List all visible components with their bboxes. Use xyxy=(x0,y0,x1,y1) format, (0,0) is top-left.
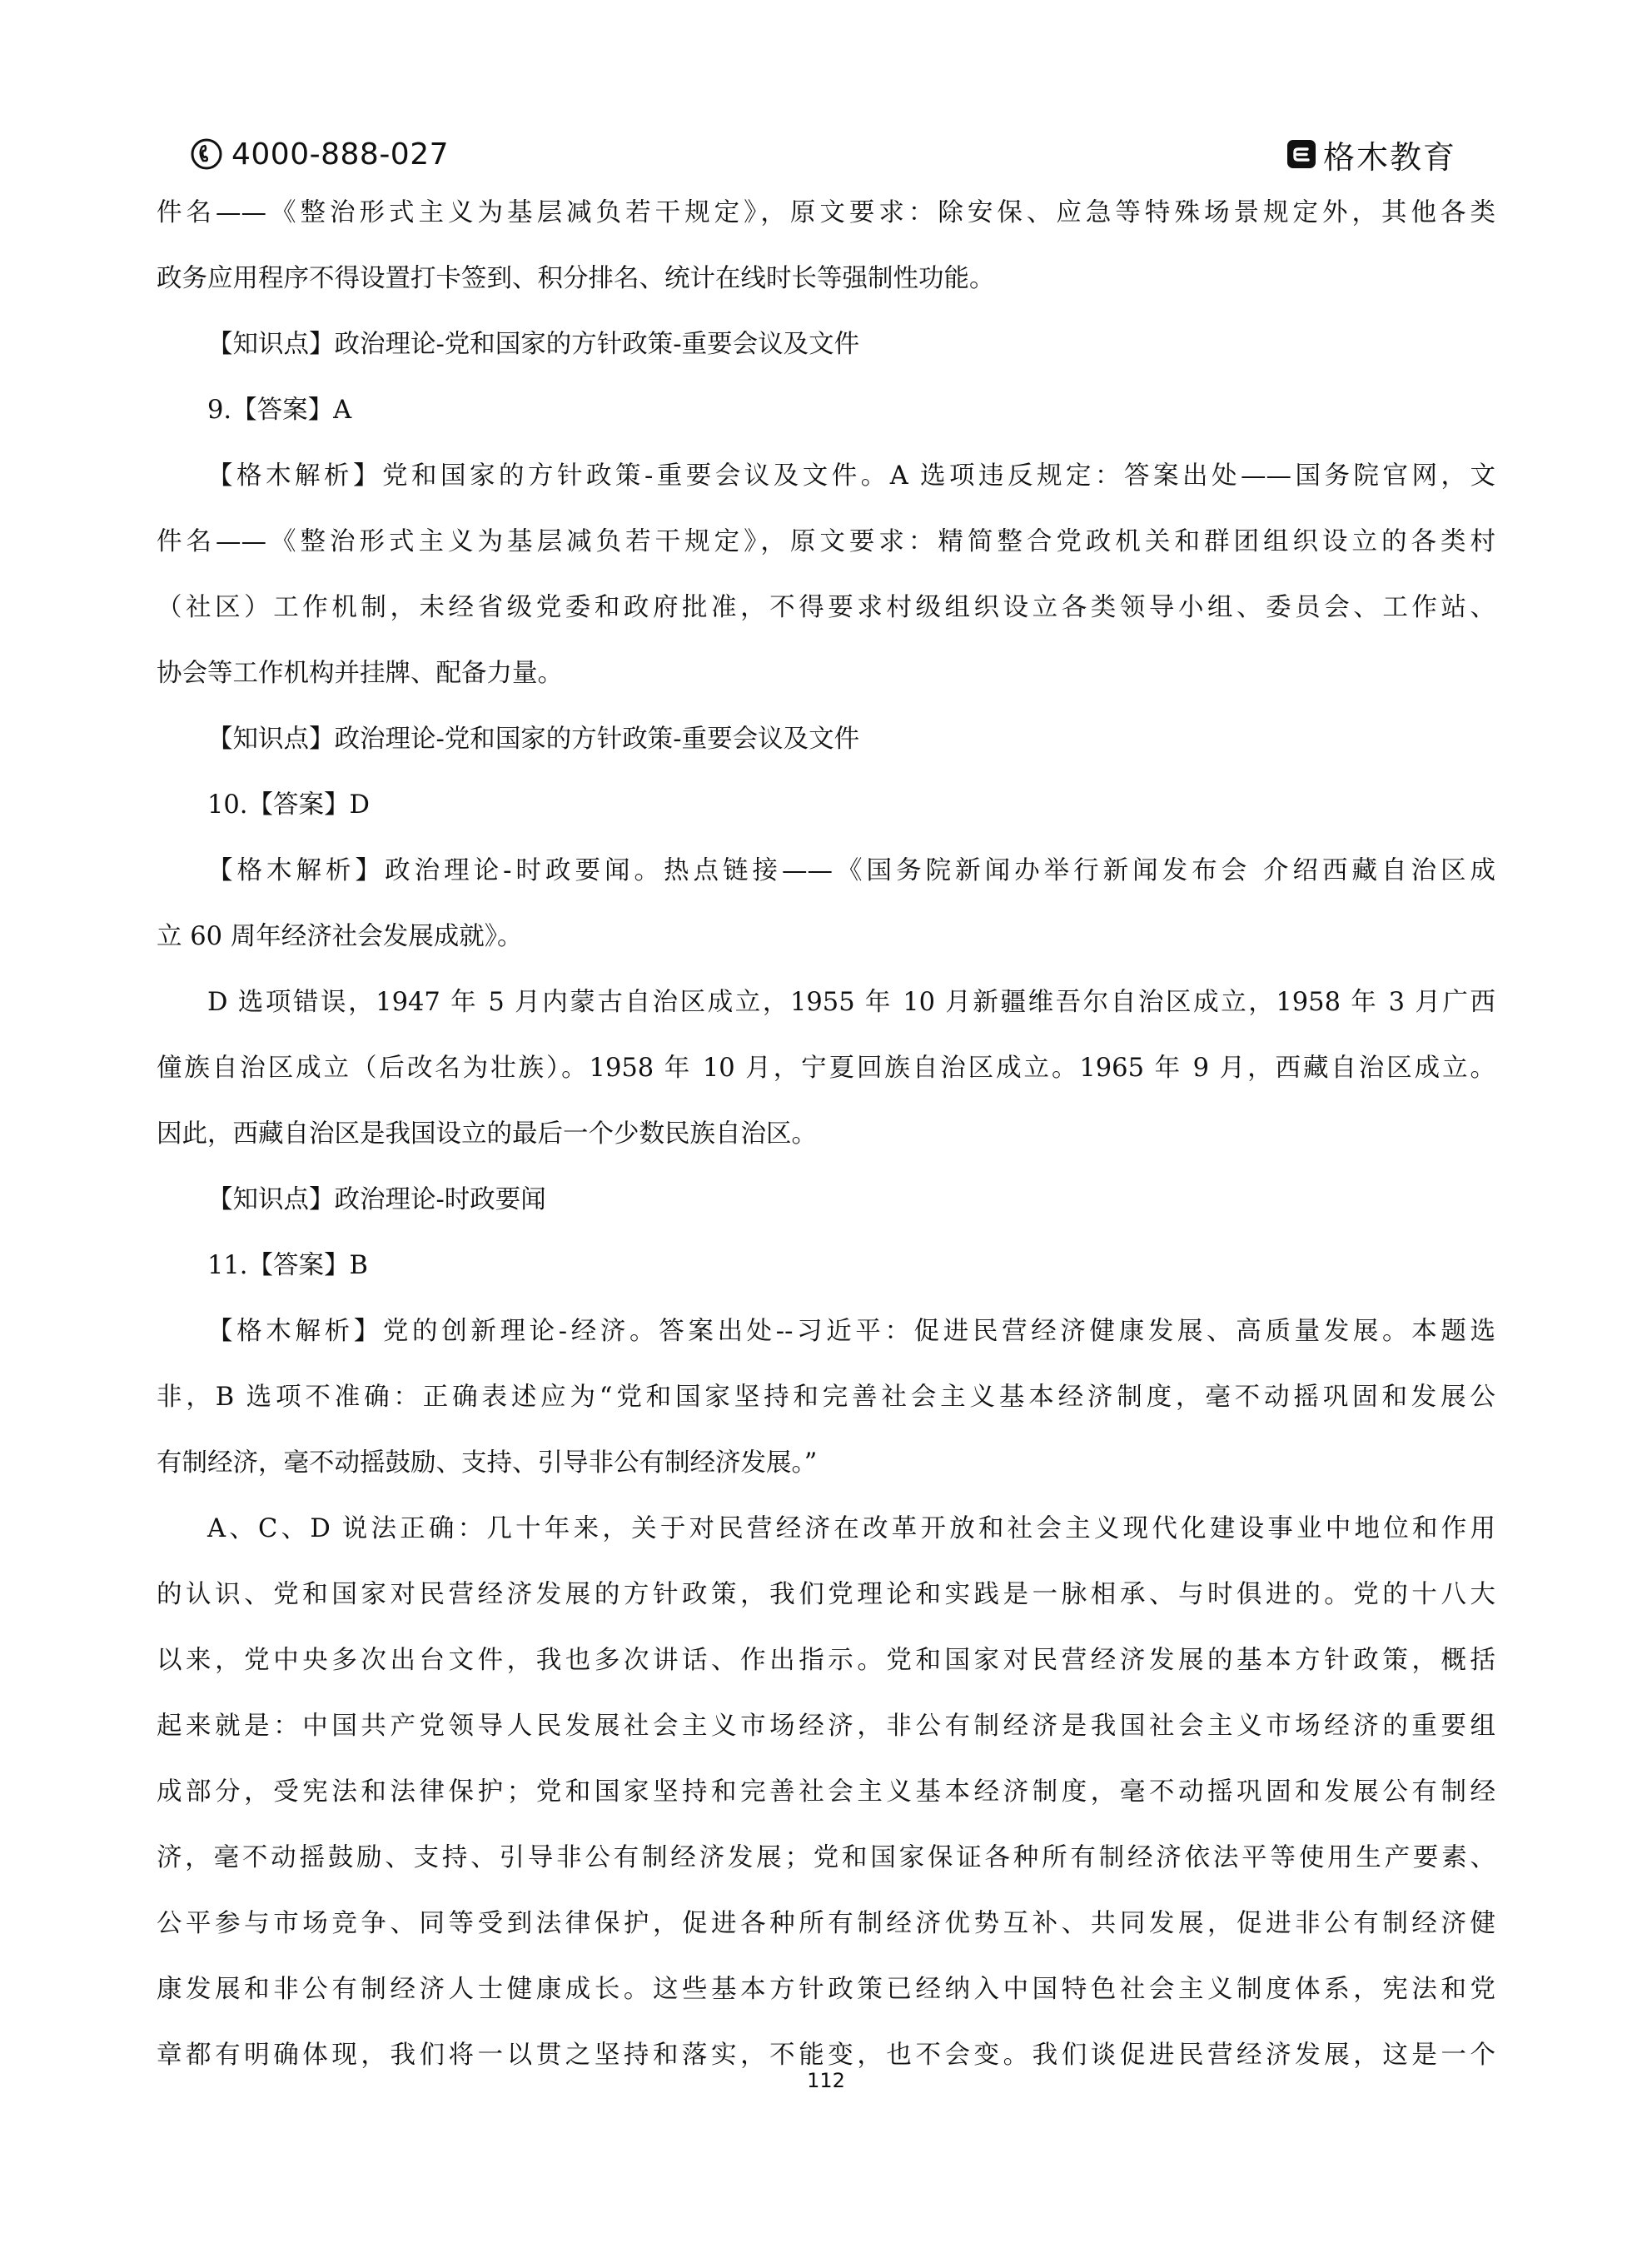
page-header: 4000-888-027 格木教育 xyxy=(0,125,1652,183)
brand-logo-icon xyxy=(1286,139,1316,169)
text-line: 【知识点】政治理论-时政要闻 xyxy=(157,1167,1495,1233)
text-line: 协会等工作机构并挂牌、配备力量。 xyxy=(157,641,1495,706)
text-line: 康发展和非公有制经济人士健康成长。这些基本方针政策已经纳入中国特色社会主义制度体… xyxy=(157,1956,1495,2022)
text-line: 有制经济，毫不动摇鼓励、支持、引导非公有制经济发展。” xyxy=(157,1430,1495,1496)
text-line: 因此，西藏自治区是我国设立的最后一个少数民族自治区。 xyxy=(157,1101,1495,1167)
text-line: （社区）工作机制，未经省级党委和政府批准，不得要求村级组织设立各类领导小组、委员… xyxy=(157,575,1495,641)
brand-name: 格木教育 xyxy=(1323,132,1456,177)
text-line: 【格木解析】党和国家的方针政策-重要会议及文件。A 选项违反规定：答案出处——国… xyxy=(157,443,1495,509)
text-line: 非，B 选项不准确：正确表述应为“党和国家坚持和完善社会主义基本经济制度，毫不动… xyxy=(157,1364,1495,1430)
text-line: 10.【答案】D xyxy=(157,772,1495,838)
text-line: 公平参与市场竞争、同等受到法律保护，促进各种所有制经济优势互补、共同发展，促进非… xyxy=(157,1891,1495,1956)
brand-logo: 格木教育 xyxy=(1286,132,1456,177)
text-line: 【知识点】政治理论-党和国家的方针政策-重要会议及文件 xyxy=(157,312,1495,377)
page-number: 112 xyxy=(0,2069,1652,2092)
text-line: 以来，党中央多次出台文件，我也多次讲话、作出指示。党和国家对民营经济发展的基本方… xyxy=(157,1627,1495,1693)
text-line: 【知识点】政治理论-党和国家的方针政策-重要会议及文件 xyxy=(157,706,1495,772)
text-line: 【格木解析】政治理论-时政要闻。热点链接——《国务院新闻办举行新闻发布会 介绍西… xyxy=(157,838,1495,904)
text-line: 件名——《整治形式主义为基层减负若干规定》，原文要求：除安保、应急等特殊场景规定… xyxy=(157,180,1495,246)
hotline-number: 4000-888-027 xyxy=(231,137,449,172)
text-line: 僮族自治区成立（后改名为壮族）。1958 年 10 月，宁夏回族自治区成立。19… xyxy=(157,1035,1495,1101)
document-body: 件名——《整治形式主义为基层减负若干规定》，原文要求：除安保、应急等特殊场景规定… xyxy=(157,180,1495,2088)
text-line: 9.【答案】A xyxy=(157,377,1495,443)
text-line: 政务应用程序不得设置打卡签到、积分排名、统计在线时长等强制性功能。 xyxy=(157,246,1495,312)
text-line: D 选项错误，1947 年 5 月内蒙古自治区成立，1955 年 10 月新疆维… xyxy=(157,969,1495,1035)
text-line: 件名——《整治形式主义为基层减负若干规定》，原文要求：精简整合党政机关和群团组织… xyxy=(157,509,1495,575)
text-line: 立 60 周年经济社会发展成就》。 xyxy=(157,904,1495,969)
text-line: 11.【答案】B xyxy=(157,1233,1495,1298)
text-line: A、C、D 说法正确：几十年来，关于对民营经济在改革开放和社会主义现代化建设事业… xyxy=(157,1496,1495,1562)
text-line: 【格木解析】党的创新理论-经济。答案出处--习近平：促进民营经济健康发展、高质量… xyxy=(157,1298,1495,1364)
phone-icon xyxy=(190,137,223,171)
text-line: 成部分，受宪法和法律保护；党和国家坚持和完善社会主义基本经济制度，毫不动摇巩固和… xyxy=(157,1759,1495,1825)
text-line: 起来就是：中国共产党领导人民发展社会主义市场经济，非公有制经济是我国社会主义市场… xyxy=(157,1693,1495,1759)
text-line: 的认识、党和国家对民营经济发展的方针政策，我们党理论和实践是一脉相承、与时俱进的… xyxy=(157,1562,1495,1627)
hotline: 4000-888-027 xyxy=(190,132,449,177)
text-line: 济，毫不动摇鼓励、支持、引导非公有制经济发展；党和国家保证各种所有制经济依法平等… xyxy=(157,1825,1495,1891)
